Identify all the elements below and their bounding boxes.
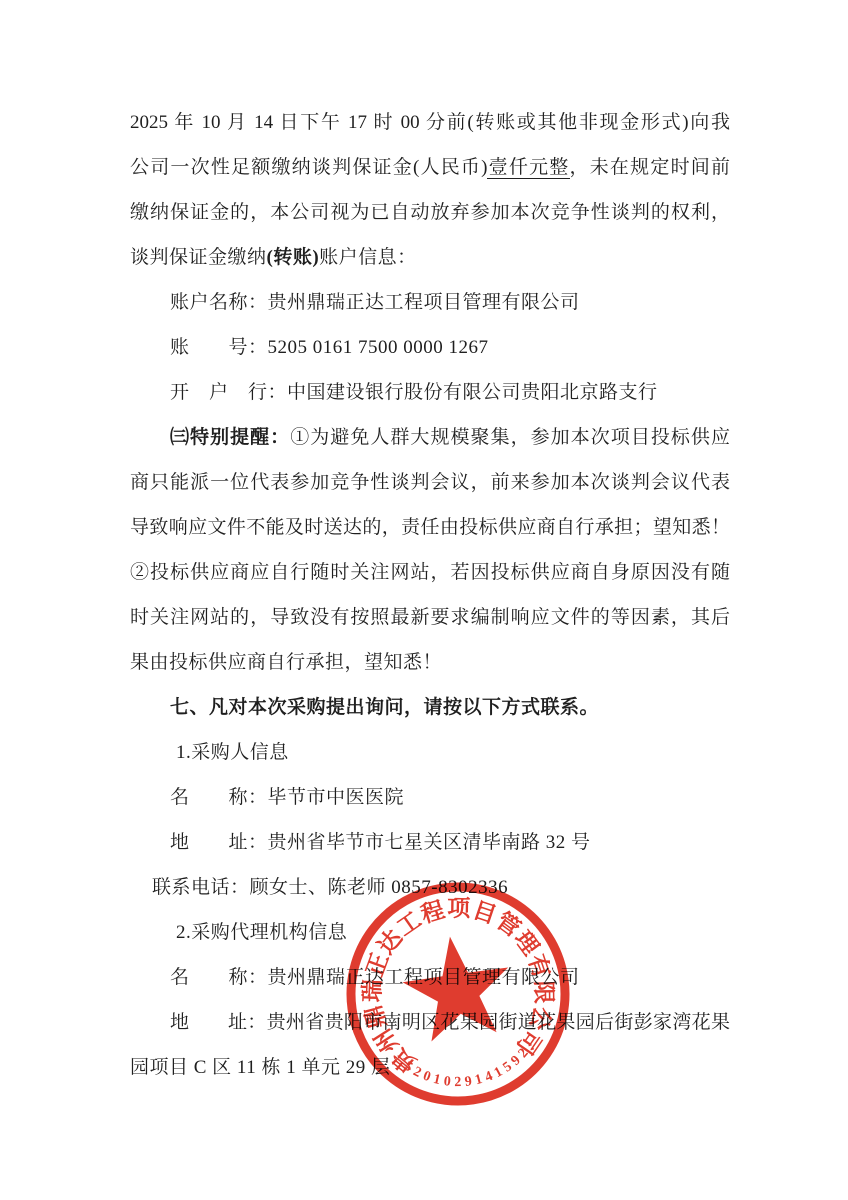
doc-text-segment: ，未在规定时间前: [570, 157, 730, 178]
doc-text-segment: 账 号：5205 0161 7500 0000 1267: [170, 337, 489, 358]
doc-text-segment: 2.采购代理机构信息: [176, 922, 347, 943]
doc-line: 2025 年 10 月 14 日下午 17 时 00 分前(转账或其他非现金形式…: [130, 100, 730, 145]
doc-line: 地 址：贵州省毕节市七星关区清毕南路 32 号: [130, 820, 730, 865]
doc-text-segment: 2025 年 10 月 14 日下午 17 时 00 分前(转账或其他非现金形式…: [130, 112, 730, 133]
doc-text-segment: 公司一次性足额缴纳谈判保证金(人民币): [130, 157, 487, 178]
doc-line: 公司一次性足额缴纳谈判保证金(人民币)壹仟元整，未在规定时间前: [130, 145, 730, 190]
doc-line: 缴纳保证金的，本公司视为已自动放弃参加本次竞争性谈判的权利，: [130, 190, 730, 235]
doc-text-segment: (转账): [267, 247, 320, 268]
doc-line: 七、凡对本次采购提出询问，请按以下方式联系。: [130, 685, 730, 730]
doc-text-segment: 账户信息：: [319, 247, 417, 268]
doc-text-segment: 果由投标供应商自行承担，望知悉！: [130, 652, 442, 673]
doc-text-segment: 商只能派一位代表参加竞争性谈判会议，前来参加本次谈判会议代表: [130, 472, 730, 493]
doc-text-segment: 账户名称：贵州鼎瑞正达工程项目管理有限公司: [170, 292, 580, 313]
doc-text-segment: 1.采购人信息: [176, 742, 289, 763]
page-root: { "document": { "lines": [ { "indent": 0…: [0, 0, 848, 1200]
doc-text-segment: ①为避免人群大规模聚集，参加本次项目投标供应: [290, 427, 730, 448]
doc-text-segment: 谈判保证金缴纳: [130, 247, 267, 268]
doc-line: 1.采购人信息: [130, 730, 730, 775]
doc-text-segment: 缴纳保证金的，本公司视为已自动放弃参加本次竞争性谈判的权利，: [130, 202, 730, 223]
doc-line: 果由投标供应商自行承担，望知悉！: [130, 640, 730, 685]
doc-line: 时关注网站的，导致没有按照最新要求编制响应文件的等因素，其后: [130, 595, 730, 640]
doc-line: ②投标供应商应自行随时关注网站，若因投标供应商自身原因没有随: [130, 550, 730, 595]
doc-line: ㈢特别提醒：①为避免人群大规模聚集，参加本次项目投标供应: [130, 415, 730, 460]
doc-text-segment: 壹仟元整: [487, 157, 569, 179]
doc-line: 谈判保证金缴纳(转账)账户信息：: [130, 235, 730, 280]
company-seal: 贵州鼎瑞正达工程项目管理有限公司 5201029141592: [344, 880, 572, 1108]
doc-text-segment: 地 址：贵州省毕节市七星关区清毕南路 32 号: [170, 832, 591, 853]
doc-text-segment: 名 称：毕节市中医医院: [170, 787, 404, 808]
doc-text-segment: 七、凡对本次采购提出询问，请按以下方式联系。: [170, 697, 599, 718]
doc-line: 账 号：5205 0161 7500 0000 1267: [130, 325, 730, 370]
doc-text-segment: 开 户 行：中国建设银行股份有限公司贵阳北京路支行: [170, 382, 658, 403]
doc-text-segment: 导致响应文件不能及时送达的，责任由投标供应商自行承担；望知悉！: [130, 517, 730, 538]
doc-line: 开 户 行：中国建设银行股份有限公司贵阳北京路支行: [130, 370, 730, 415]
doc-text-segment: ②投标供应商应自行随时关注网站，若因投标供应商自身原因没有随: [130, 562, 730, 583]
doc-line: 账户名称：贵州鼎瑞正达工程项目管理有限公司: [130, 280, 730, 325]
doc-line: 名 称：毕节市中医医院: [130, 775, 730, 820]
doc-text-segment: ㈢特别提醒：: [170, 427, 290, 448]
doc-line: 导致响应文件不能及时送达的，责任由投标供应商自行承担；望知悉！: [130, 505, 730, 550]
seal-star-icon: [397, 929, 517, 1044]
doc-text-segment: 时关注网站的，导致没有按照最新要求编制响应文件的等因素，其后: [130, 607, 730, 628]
doc-line: 商只能派一位代表参加竞争性谈判会议，前来参加本次谈判会议代表: [130, 460, 730, 505]
